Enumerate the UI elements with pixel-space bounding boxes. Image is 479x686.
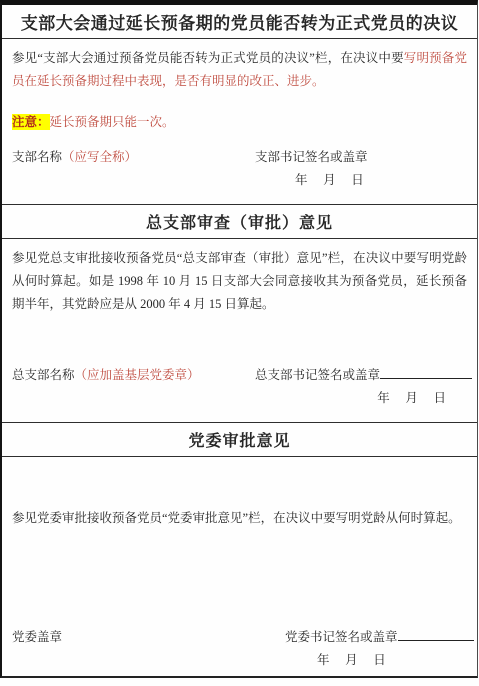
branch-section: 参见“支部大会通过预备党员能否转为正式党员的决议”栏，在决议中要写明预备党员在延… <box>2 47 477 205</box>
resolution-form-table: 支部大会通过延长预备期的党员能否转为正式党员的决议 参见“支部大会通过预备党员能… <box>0 0 478 678</box>
document-page: 支部大会通过延长预备期的党员能否转为正式党员的决议 参见“支部大会通过预备党员能… <box>0 0 479 686</box>
general-branch-name-row: 总支部名称（应加盖基层党委章） 总支部书记签名或盖章 <box>12 364 467 387</box>
general-branch-section-header: 总支部审查（审批）意见 <box>146 210 333 233</box>
committee-stamp-label: 党委盖章 <box>12 630 62 644</box>
committee-section: 参见党委审批接收预备党员“党委审批意见”栏，在决议中要写明党龄从何时算起。 党委… <box>2 457 477 686</box>
committee-stamp-row: 党委盖章 党委书记签名或盖章 <box>12 626 467 649</box>
signature-blank-line <box>380 364 472 379</box>
general-branch-reference-paragraph: 参见党总支审批接收预备党员“总支部审查（审批）意见”栏，在决议中要写明党龄从何时… <box>12 247 467 316</box>
general-branch-section: 参见党总支审批接收预备党员“总支部审查（审批）意见”栏，在决议中要写明党龄从何时… <box>2 247 477 423</box>
general-branch-date-line: 年 月 日 <box>12 387 467 410</box>
branch-reference-paragraph: 参见“支部大会通过预备党员能否转为正式党员的决议”栏，在决议中要写明预备党员在延… <box>12 47 467 93</box>
signature-blank-line <box>398 626 474 641</box>
notice-line: 注意：延长预备期只能一次。 <box>12 111 467 134</box>
general-branch-name-label: 总支部名称（应加盖基层党委章） <box>12 368 200 382</box>
branch-date-line: 年 月 日 <box>295 169 467 192</box>
title-row: 支部大会通过延长预备期的党员能否转为正式党员的决议 <box>2 5 477 39</box>
committee-header-row: 党委审批意见 <box>2 423 477 457</box>
branch-name-row: 支部名称（应写全称） 支部书记签名或盖章 <box>12 146 467 169</box>
page-title: 支部大会通过延长预备期的党员能否转为正式党员的决议 <box>21 9 459 34</box>
committee-date-line: 年 月 日 <box>317 649 467 672</box>
committee-section-header: 党委审批意见 <box>188 428 290 451</box>
branch-name-label: 支部名称（应写全称） <box>12 150 137 164</box>
committee-secretary-signature-label: 党委书记签名或盖章 <box>285 626 474 649</box>
branch-secretary-signature-label: 支部书记签名或盖章 <box>255 146 368 169</box>
general-branch-secretary-signature-label: 总支部书记签名或盖章 <box>255 364 472 387</box>
general-branch-header-row: 总支部审查（审批）意见 <box>2 205 477 239</box>
committee-reference-paragraph: 参见党委审批接收预备党员“党委审批意见”栏，在决议中要写明党龄从何时算起。 <box>12 457 467 530</box>
